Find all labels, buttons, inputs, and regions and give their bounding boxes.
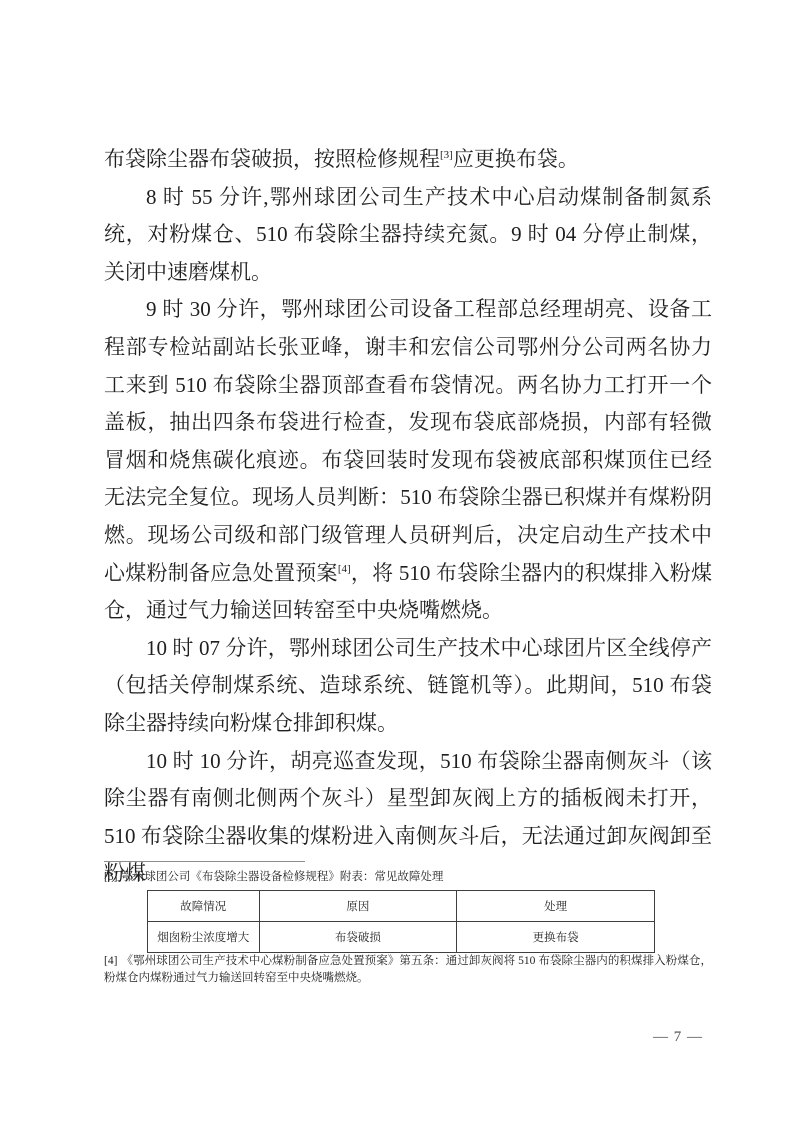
footnote-ref: [3]	[440, 149, 453, 161]
footnote-area: [3]鄂州球团公司《布袋除尘器设备检修规程》附表：常见故障处理故障情况原因处理烟…	[104, 861, 712, 988]
paragraph-continuation: 布袋除尘器布袋破损，按照检修规程[3]应更换布袋。	[104, 141, 712, 179]
table-header-cell: 处理	[457, 890, 655, 921]
body-text: 布袋除尘器布袋破损，按照检修规程[3]应更换布袋。8 时 55 分许,鄂州球团公…	[104, 141, 712, 893]
footnote-list: [3]鄂州球团公司《布袋除尘器设备检修规程》附表：常见故障处理故障情况原因处理烟…	[104, 869, 712, 988]
paragraph-text: 9 时 30 分许，鄂州球团公司设备工程部总经理胡亮、设备工程部专检站副站长张亚…	[104, 297, 712, 584]
paragraph-t1007: 10 时 07 分许，鄂州球团公司生产技术中心球团片区全线停产（包括关停制煤系统…	[104, 630, 712, 743]
footnote-4: [4]《鄂州球团公司生产技术中心煤粉制备应急处置预案》第五条：通过卸灰阀将 51…	[104, 953, 712, 988]
paragraph-text: 布袋除尘器布袋破损，按照检修规程	[104, 147, 440, 171]
paragraph-t0930: 9 时 30 分许，鄂州球团公司设备工程部总经理胡亮、设备工程部专检站副站长张亚…	[104, 291, 712, 629]
footnote-3: [3]鄂州球团公司《布袋除尘器设备检修规程》附表：常见故障处理	[104, 869, 712, 887]
footnote-separator	[104, 861, 305, 862]
table-row: 烟囱粉尘浓度增大布袋破损更换布袋	[148, 921, 655, 952]
footnote-text: 《鄂州球团公司生产技术中心煤粉制备应急处置预案》第五条：通过卸灰阀将 510 布…	[104, 955, 712, 985]
page-number: — 7 —	[653, 1029, 703, 1046]
footnote-marker: [4]	[104, 955, 117, 967]
paragraph-text: 应更换布袋。	[453, 147, 579, 171]
footnote-marker: [3]	[104, 871, 117, 883]
footnote-ref: [4]	[338, 563, 351, 575]
footnote-text: 鄂州球团公司《布袋除尘器设备检修规程》附表：常见故障处理	[121, 871, 443, 883]
table-header-cell: 故障情况	[148, 890, 260, 921]
paragraph-text: 8 时 55 分许,鄂州球团公司生产技术中心启动煤制备制氮系统，对粉煤仓、510…	[104, 185, 712, 284]
table-header-cell: 原因	[259, 890, 457, 921]
table-cell: 布袋破损	[259, 921, 457, 952]
fault-handling-table: 故障情况原因处理烟囱粉尘浓度增大布袋破损更换布袋	[147, 890, 655, 953]
document-page: 布袋除尘器布袋破损，按照检修规程[3]应更换布袋。8 时 55 分许,鄂州球团公…	[0, 0, 800, 1131]
table-cell: 烟囱粉尘浓度增大	[148, 921, 260, 952]
paragraph-t0855: 8 时 55 分许,鄂州球团公司生产技术中心启动煤制备制氮系统，对粉煤仓、510…	[104, 179, 712, 292]
table-header-row: 故障情况原因处理	[148, 890, 655, 921]
paragraph-text: 10 时 07 分许，鄂州球团公司生产技术中心球团片区全线停产（包括关停制煤系统…	[104, 636, 712, 735]
table-cell: 更换布袋	[457, 921, 655, 952]
